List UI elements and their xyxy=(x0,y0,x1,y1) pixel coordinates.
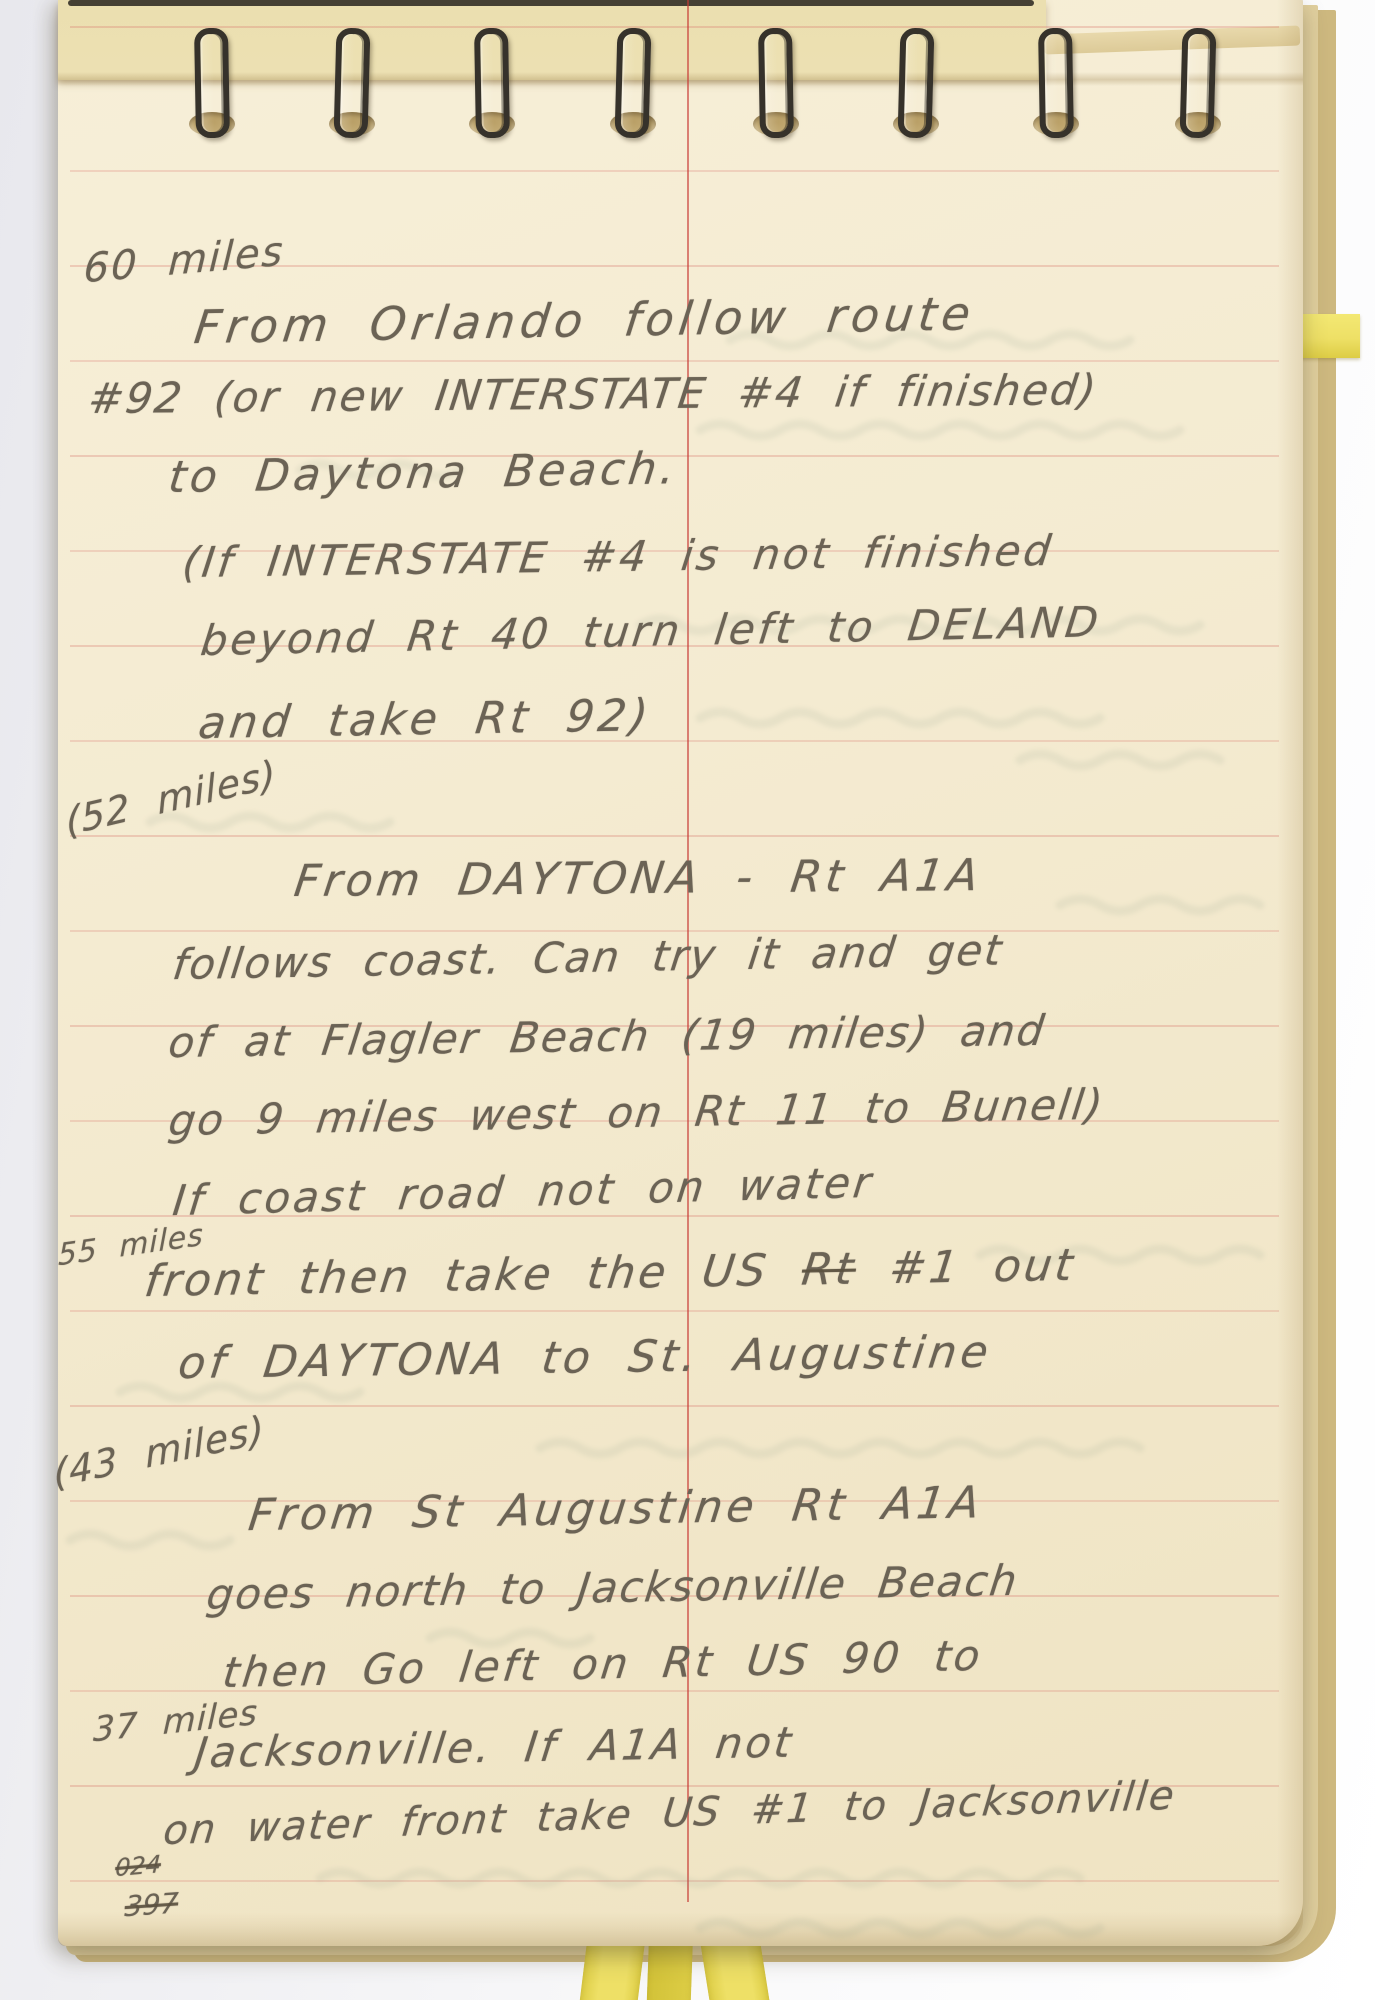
handwriting-text: From DAYTONA - Rt A1A xyxy=(291,850,985,907)
crossed-out-note: 024 xyxy=(115,1850,162,1882)
handwriting-text: #92 (or new INTERSTATE #4 if finished) xyxy=(86,365,1101,423)
handwriting-text: go 9 miles west on Rt 11 to Bunell) xyxy=(166,1080,1107,1145)
handwriting-text: From Orlando follow route xyxy=(191,286,978,354)
handwriting-text: (43 miles) xyxy=(52,1407,266,1496)
handwritten-line: Jacksonville. If A1A not xyxy=(192,1718,797,1778)
handwritten-line: and take Rt 92) xyxy=(196,690,655,749)
handwritten-line: (If INTERSTATE #4 is not finished xyxy=(180,526,1057,587)
handwritten-line: From Orlando follow route xyxy=(191,286,978,354)
handwritten-line: to Daytona Beach. xyxy=(166,443,682,503)
handwritten-line: From DAYTONA - Rt A1A xyxy=(291,850,985,907)
handwritten-line: of at Flagler Beach (19 miles) and xyxy=(166,1006,1049,1067)
handwritten-line: beyond Rt 40 turn left to DELAND xyxy=(198,597,1104,665)
mileage-note: (52 miles) xyxy=(64,751,278,844)
handwriting-text: of DAYTONA to St. Augustine xyxy=(176,1327,996,1389)
handwritten-line: on water front take US #1 to Jacksonvill… xyxy=(161,1773,1178,1855)
handwritten-line: then Go left on Rt US 90 to xyxy=(220,1631,985,1697)
handwritten-line: of DAYTONA to St. Augustine xyxy=(176,1327,996,1389)
handwriting-text: of at Flagler Beach (19 miles) and xyxy=(166,1006,1049,1067)
handwriting-text: #1 out xyxy=(853,1240,1079,1295)
handwritten-notes: 60 milesFrom Orlando follow route#92 (or… xyxy=(0,0,1375,2000)
handwritten-line: #92 (or new INTERSTATE #4 if finished) xyxy=(86,365,1101,423)
handwriting-text: 60 miles xyxy=(83,228,286,292)
handwriting-text: If coast road not on water xyxy=(170,1158,876,1226)
handwritten-line: goes north to Jacksonville Beach xyxy=(204,1556,1022,1619)
handwritten-line: From St Augustine Rt A1A xyxy=(246,1477,987,1541)
handwritten-line: go 9 miles west on Rt 11 to Bunell) xyxy=(166,1080,1107,1145)
struck-word: Rt xyxy=(799,1244,859,1296)
handwriting-text: 397 xyxy=(124,1886,180,1923)
handwriting-text: to Daytona Beach. xyxy=(166,443,682,503)
handwriting-text: From St Augustine Rt A1A xyxy=(246,1477,987,1541)
notebook-photo: 60 milesFrom Orlando follow route#92 (or… xyxy=(0,0,1375,2000)
handwritten-line: follows coast. Can try it and get xyxy=(170,926,1006,990)
handwriting-text: follows coast. Can try it and get xyxy=(170,926,1006,990)
handwriting-text: Jacksonville. If A1A not xyxy=(192,1718,797,1778)
handwriting-text: (52 miles) xyxy=(64,751,278,844)
handwriting-text: 024 xyxy=(115,1850,162,1882)
handwritten-line: If coast road not on water xyxy=(170,1158,876,1226)
mileage-note: (43 miles) xyxy=(52,1407,266,1496)
crossed-out-note: 397 xyxy=(124,1886,180,1923)
handwriting-text: goes north to Jacksonville Beach xyxy=(204,1556,1022,1619)
handwritten-line: front then take the US Rt #1 out xyxy=(142,1240,1079,1307)
handwriting-text: then Go left on Rt US 90 to xyxy=(220,1631,985,1697)
handwriting-text: on water front take US #1 to Jacksonvill… xyxy=(161,1773,1178,1855)
mileage-note: 60 miles xyxy=(83,228,286,292)
handwriting-text: front then take the US xyxy=(142,1245,806,1308)
handwriting-text: beyond Rt 40 turn left to DELAND xyxy=(198,597,1104,665)
handwriting-text: (If INTERSTATE #4 is not finished xyxy=(180,526,1057,587)
handwriting-text: and take Rt 92) xyxy=(196,690,655,749)
